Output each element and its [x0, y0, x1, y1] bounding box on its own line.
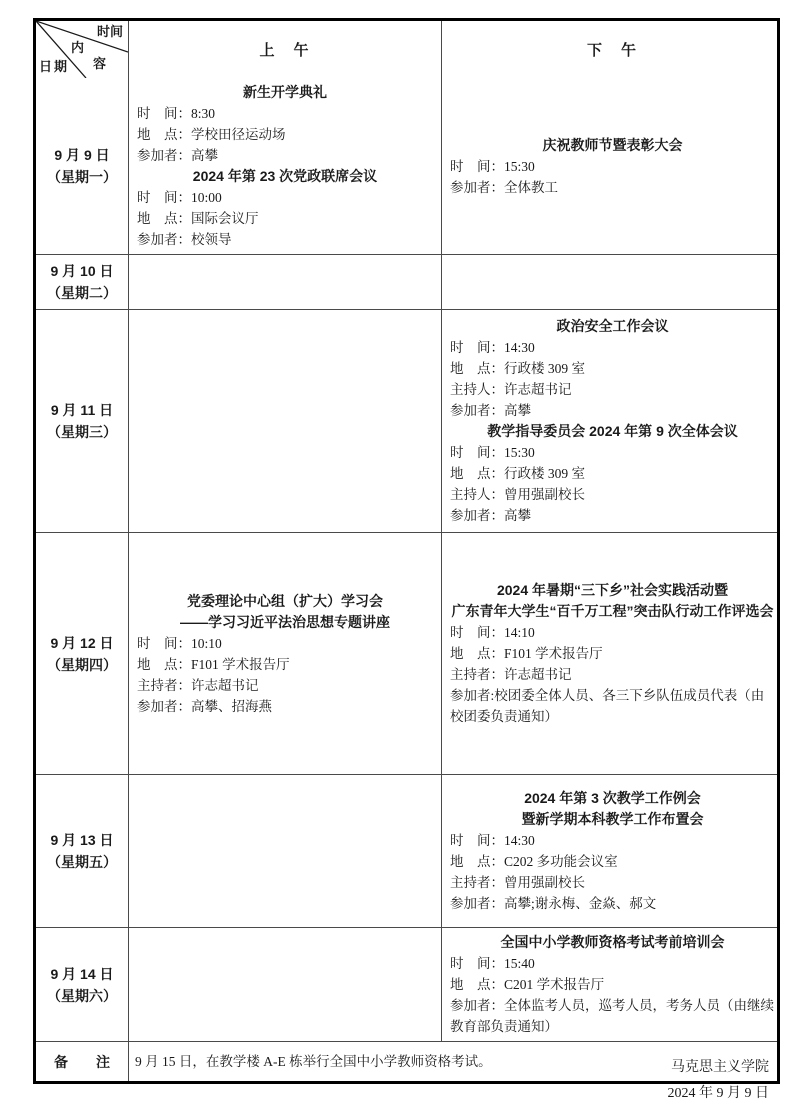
column-header-afternoon: 下 午: [441, 21, 783, 78]
corner-label-time: 时间: [97, 25, 123, 38]
event-detail: 主持人：许志超书记: [448, 379, 777, 400]
date-label: 9 月 10 日: [50, 260, 113, 282]
event-detail: 参加者：高攀: [448, 400, 777, 421]
date-label: 9 月 11 日: [51, 399, 113, 421]
date-cell: 9 月 13 日（星期五）: [36, 775, 128, 927]
event-detail: 参加者：高攀;谢永梅、金焱、郝文: [448, 893, 777, 914]
date-label: 9 月 9 日: [54, 144, 109, 166]
date-cell: 9 月 12 日（星期四）: [36, 533, 128, 774]
schedule-row: 9 月 12 日（星期四）党委理论中心组（扩大）学习会——学习习近平法治思想专题…: [36, 532, 777, 774]
morning-cell: [128, 310, 441, 532]
event-detail: 时 间：14:10: [448, 622, 777, 643]
remark-label: 备 注: [36, 1042, 128, 1081]
morning-cell: 党委理论中心组（扩大）学习会——学习习近平法治思想专题讲座时 间：10:10地 …: [128, 533, 441, 774]
date-label: 9 月 12 日: [50, 632, 113, 654]
date-cell: 9 月 10 日（星期二）: [36, 255, 128, 309]
event-detail: 参加者：全体教工: [448, 177, 777, 198]
event-detail: 时 间：10:00: [135, 187, 435, 208]
afternoon-cell: 全国中小学教师资格考试考前培训会时 间：15:40地 点：C201 学术报告厅参…: [441, 928, 783, 1041]
date-cell: 9 月 11 日（星期三）: [36, 310, 128, 532]
corner-label-date: 日期: [39, 60, 69, 73]
date-label: 9 月 13 日: [50, 829, 113, 851]
morning-cell: [128, 775, 441, 927]
remark-row: 备 注 9 月 15 日，在教学楼 A-E 栋举行全国中小学教师资格考试。: [36, 1041, 777, 1081]
morning-cell: [128, 928, 441, 1041]
weekday-label: （星期四）: [47, 654, 117, 676]
corner-label-content-1: 内: [71, 41, 84, 54]
date-cell: 9 月 14 日（星期六）: [36, 928, 128, 1041]
event-detail: 时 间：15:40: [448, 953, 777, 974]
event-detail: 时 间：14:30: [448, 830, 777, 851]
corner-label-content-2: 容: [93, 57, 106, 70]
event-title: 教学指导委员会 2024 年第 9 次全体会议: [448, 421, 777, 442]
weekday-label: （星期一）: [47, 166, 117, 188]
date-label: 9 月 14 日: [50, 963, 113, 985]
event-detail: 主持者：许志超书记: [448, 664, 777, 685]
event-detail: 参加者:校团委全体人员、各三下乡队伍成员代表（由校团委负责通知）: [448, 685, 777, 727]
schedule-row: 9 月 14 日（星期六）全国中小学教师资格考试考前培训会时 间：15:40地 …: [36, 927, 777, 1041]
schedule-row: 9 月 13 日（星期五）2024 年第 3 次教学工作例会暨新学期本科教学工作…: [36, 774, 777, 927]
schedule-row: 9 月 11 日（星期三）政治安全工作会议时 间：14:30地 点：行政楼 30…: [36, 309, 777, 532]
event-detail: 地 点：C201 学术报告厅: [448, 974, 777, 995]
event-title: ——学习习近平法治思想专题讲座: [135, 612, 435, 633]
afternoon-cell: 2024 年第 3 次教学工作例会暨新学期本科教学工作布置会时 间：14:30地…: [441, 775, 783, 927]
schedule-table: 时间 内 容 日期 上 午 下 午 9 月 9 日（星期一）新生开学典礼时 间：…: [33, 18, 780, 1084]
signature-org: 马克思主义学院: [668, 1055, 770, 1081]
event-detail: 参加者：高攀、招海燕: [135, 696, 435, 717]
event-title: 全国中小学教师资格考试考前培训会: [448, 932, 777, 953]
event-title: 广东青年大学生“百千万工程”突击队行动工作评选会: [448, 601, 777, 622]
schedule-row: 9 月 10 日（星期二）: [36, 254, 777, 309]
signature-date: 2024 年 9 月 9 日: [668, 1081, 770, 1107]
event-title: 2024 年第 23 次党政联席会议: [135, 166, 435, 187]
event-detail: 时 间：15:30: [448, 156, 777, 177]
column-header-morning: 上 午: [128, 21, 441, 78]
afternoon-cell: 2024 年暑期“三下乡”社会实践活动暨广东青年大学生“百千万工程”突击队行动工…: [441, 533, 783, 774]
event-detail: 地 点：行政楼 309 室: [448, 358, 777, 379]
weekday-label: （星期二）: [47, 282, 117, 304]
event-detail: 参加者：校领导: [135, 229, 435, 250]
afternoon-cell: 政治安全工作会议时 间：14:30地 点：行政楼 309 室主持人：许志超书记参…: [441, 310, 783, 532]
event-detail: 主持者：曾用强副校长: [448, 872, 777, 893]
event-title: 暨新学期本科教学工作布置会: [448, 809, 777, 830]
weekday-label: （星期三）: [47, 421, 117, 443]
event-detail: 参加者：高攀: [135, 145, 435, 166]
event-detail: 时 间：10:10: [135, 633, 435, 654]
weekday-label: （星期六）: [47, 985, 117, 1007]
corner-header-cell: 时间 内 容 日期: [36, 21, 128, 78]
event-detail: 地 点：C202 多功能会议室: [448, 851, 777, 872]
event-detail: 参加者：高攀: [448, 505, 777, 526]
event-title: 党委理论中心组（扩大）学习会: [135, 591, 435, 612]
event-detail: 主持者：许志超书记: [135, 675, 435, 696]
table-body: 9 月 9 日（星期一）新生开学典礼时 间：8:30地 点：学校田径运动场参加者…: [36, 78, 777, 1041]
event-title: 2024 年暑期“三下乡”社会实践活动暨: [448, 580, 777, 601]
signature-block: 马克思主义学院 2024 年 9 月 9 日: [668, 1055, 770, 1107]
table-header-row: 时间 内 容 日期 上 午 下 午: [36, 21, 777, 78]
event-title: 政治安全工作会议: [448, 316, 777, 337]
event-detail: 时 间：14:30: [448, 337, 777, 358]
weekday-label: （星期五）: [47, 851, 117, 873]
event-detail: 时 间：15:30: [448, 442, 777, 463]
event-detail: 时 间：8:30: [135, 103, 435, 124]
event-title: 庆祝教师节暨表彰大会: [448, 135, 777, 156]
event-detail: 地 点：行政楼 309 室: [448, 463, 777, 484]
event-title: 新生开学典礼: [135, 82, 435, 103]
morning-cell: [128, 255, 441, 309]
schedule-row: 9 月 9 日（星期一）新生开学典礼时 间：8:30地 点：学校田径运动场参加者…: [36, 78, 777, 254]
event-detail: 地 点：学校田径运动场: [135, 124, 435, 145]
date-cell: 9 月 9 日（星期一）: [36, 78, 128, 254]
afternoon-cell: [441, 255, 783, 309]
event-detail: 地 点：F101 学术报告厅: [448, 643, 777, 664]
morning-cell: 新生开学典礼时 间：8:30地 点：学校田径运动场参加者：高攀2024 年第 2…: [128, 78, 441, 254]
event-detail: 地 点：国际会议厅: [135, 208, 435, 229]
event-detail: 地 点：F101 学术报告厅: [135, 654, 435, 675]
afternoon-cell: 庆祝教师节暨表彰大会时 间：15:30参加者：全体教工: [441, 78, 783, 254]
event-detail: 参加者：全体监考人员，巡考人员，考务人员（由继续教育部负责通知）: [448, 995, 777, 1037]
event-detail: 主持人：曾用强副校长: [448, 484, 777, 505]
event-title: 2024 年第 3 次教学工作例会: [448, 788, 777, 809]
schedule-page: 时间 内 容 日期 上 午 下 午 9 月 9 日（星期一）新生开学典礼时 间：…: [0, 0, 799, 1117]
